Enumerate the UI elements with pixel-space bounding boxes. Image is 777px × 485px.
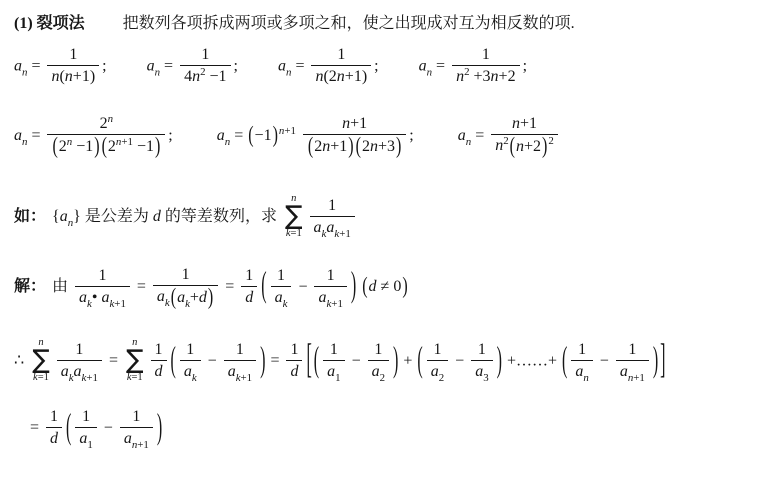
- denominator: (2n+1)(2n+3): [303, 135, 406, 156]
- numerator: 1: [120, 407, 153, 428]
- denominator: a1: [75, 428, 96, 448]
- math-variable: d: [199, 289, 207, 306]
- superscript: n+1: [279, 125, 296, 137]
- math-variable: k: [127, 372, 132, 383]
- denominator: an+1: [120, 428, 153, 448]
- numerator: 1: [452, 45, 520, 66]
- numerator: 1: [310, 196, 355, 217]
- math-variable: n: [192, 68, 200, 85]
- open-delimiter: (: [362, 274, 367, 300]
- denominator: ak(ak+d): [153, 286, 218, 307]
- subscript: n: [225, 136, 230, 148]
- summation: n∑k=1: [285, 193, 303, 241]
- fraction: 1ak: [271, 266, 292, 307]
- math-variable: k: [236, 372, 241, 384]
- heading-number-title: (1) 裂项法: [14, 15, 85, 32]
- math-variable: k: [82, 372, 87, 384]
- subscript: n+1: [628, 372, 645, 384]
- paren-group: (1a1 − 1an+1): [65, 408, 163, 449]
- math-variable: n: [155, 66, 160, 78]
- math-variable: a: [184, 363, 192, 380]
- denominator: akak+1: [57, 361, 102, 381]
- fraction: 1n(n+1): [47, 45, 99, 86]
- fraction: 1d: [151, 340, 167, 381]
- denominator: n2 +3n+2: [452, 66, 520, 86]
- math-variable: n: [315, 68, 323, 85]
- math-variable: n: [65, 68, 73, 85]
- fraction: 1akak+1: [57, 340, 102, 381]
- group-content: 1a1 − 1an+1: [72, 408, 155, 449]
- math-variable: k: [283, 298, 288, 310]
- numerator: 1: [180, 340, 201, 361]
- fraction: 1a2: [368, 340, 389, 381]
- numerator: 1: [571, 340, 592, 361]
- paren-group: (2n+3): [355, 137, 403, 157]
- paren-group: (1ak − 1ak+1): [170, 341, 267, 382]
- denominator: a1: [323, 361, 344, 381]
- math-variable: k: [33, 372, 38, 383]
- denominator: d: [286, 361, 302, 381]
- math-variable: n: [132, 439, 137, 451]
- close-delimiter: ): [348, 133, 353, 161]
- numerator: 1: [427, 340, 448, 361]
- fraction: 1a2: [427, 340, 448, 381]
- solution-label: 解：: [14, 278, 46, 295]
- denominator: ak+1: [314, 287, 346, 307]
- paren-group: (1a2 − 1a3): [416, 341, 503, 382]
- math-variable: a: [61, 363, 69, 380]
- fraction: 1a3: [471, 340, 492, 381]
- subscript: n: [68, 217, 73, 229]
- subscript: n: [286, 66, 291, 78]
- group-content: 2n+1: [314, 137, 347, 156]
- fraction: 1d: [286, 340, 302, 381]
- math-variable: k: [326, 298, 331, 310]
- denominator: n2(n+2)2: [491, 135, 558, 156]
- open-delimiter: (: [562, 342, 567, 383]
- subscript: k: [87, 298, 92, 310]
- group-content: 2n+1 −1: [108, 137, 154, 156]
- fraction: 1ak+1: [224, 340, 256, 381]
- superscript: n: [67, 136, 72, 148]
- math-variable: n: [22, 66, 27, 78]
- math-variable: n: [583, 372, 588, 384]
- denominator: ak: [180, 361, 201, 381]
- formula-n2-plus-3n-plus-2: an = 1n2 +3n+2;: [419, 46, 527, 87]
- group-content: 1a2 − 1a3: [424, 341, 496, 382]
- close-delimiter: ): [208, 284, 213, 312]
- subscript: n+1: [132, 439, 149, 451]
- fraction: 1d: [46, 407, 62, 448]
- math-notes-page: (1) 裂项法把数列各项拆成两项或多项之和，使之出现成对互为相反数的项. an …: [0, 0, 777, 485]
- subscript: k+1: [109, 298, 125, 310]
- sigma-symbol: ∑: [285, 205, 303, 228]
- heading-description: 把数列各项拆成两项或多项之和，使之出现成对互为相反数的项.: [123, 15, 575, 32]
- open-delimiter: (: [356, 133, 361, 161]
- denominator: ak: [271, 287, 292, 307]
- group-content: (1a1 − 1a2) + (1a2 − 1a3) +……+ (1an − 1a…: [313, 341, 659, 382]
- solution-step-2: ∴ n∑k=11akak+1 = n∑k=11d(1ak − 1ak+1) = …: [14, 352, 666, 369]
- math-variable: k: [185, 298, 190, 310]
- example-statement: {an} 是公差为 d 的等差数列，求 n∑k=11akak+1: [52, 208, 358, 225]
- fraction: 1an: [571, 340, 592, 381]
- subscript: 2: [380, 372, 385, 384]
- fraction: 1ak+1: [314, 266, 346, 307]
- fraction: 1a1: [323, 340, 344, 381]
- fraction: 1ak: [180, 340, 201, 381]
- group-content: 1ak − 1ak+1: [177, 341, 259, 382]
- math-variable: n: [225, 136, 230, 148]
- formula-2n-over-geometric: an = 2n(2n −1)(2n+1 −1);: [14, 115, 173, 157]
- math-variable: k: [192, 372, 197, 384]
- example-label: 如：: [14, 208, 46, 225]
- math-variable: d: [153, 208, 161, 225]
- math-variable: a: [431, 363, 439, 380]
- math-variable: n: [427, 66, 432, 78]
- sigma-symbol: ∑: [126, 349, 144, 372]
- math-variable: d: [245, 289, 253, 306]
- sigma-symbol: ∑: [32, 349, 50, 372]
- subscript: k+1: [236, 372, 252, 384]
- paren-group: (1a1 − 1a2): [313, 341, 400, 382]
- group-content: 1ak − 1ak+1: [268, 267, 350, 308]
- open-delimiter: [: [306, 339, 311, 385]
- subscript: n: [22, 66, 27, 78]
- sum-lower-limit: k=1: [127, 372, 143, 384]
- math-variable: n: [279, 125, 284, 137]
- subscript: 3: [483, 372, 488, 384]
- denominator: ak• ak+1: [75, 287, 130, 307]
- numerator: n+1: [491, 114, 558, 135]
- formula-1-n-times-n-plus-1: an = 1n(n+1);: [14, 46, 107, 87]
- numerator: 1: [46, 407, 62, 428]
- math-variable: a: [278, 57, 286, 74]
- math-variable: d: [369, 278, 377, 295]
- open-delimiter: (: [66, 408, 71, 449]
- superscript: 2: [548, 135, 553, 147]
- math-variable: k: [286, 228, 291, 239]
- heading-line: (1) 裂项法把数列各项拆成两项或多项之和，使之出现成对互为相反数的项.: [14, 10, 575, 33]
- math-variable: n: [22, 136, 27, 148]
- math-variable: n: [68, 217, 73, 229]
- bracket-group: [(1a1 − 1a2) + (1a2 − 1a3) +……+ (1an − 1…: [305, 341, 666, 382]
- numerator: 1: [271, 266, 292, 287]
- numerator: 1: [47, 45, 99, 66]
- math-variable: n: [516, 138, 524, 155]
- paren-group: (−1): [247, 127, 279, 145]
- close-delimiter: ): [393, 342, 398, 383]
- math-variable: d: [50, 430, 58, 447]
- math-variable: a: [14, 127, 22, 144]
- math-variable: n: [491, 68, 499, 85]
- math-variable: a: [458, 127, 466, 144]
- close-delimiter: ): [273, 123, 278, 149]
- math-variable: n: [337, 68, 345, 85]
- denominator: d: [46, 428, 62, 448]
- sum-lower-limit: k=1: [33, 372, 49, 384]
- fraction: 1d: [241, 266, 257, 307]
- math-variable: n: [466, 136, 471, 148]
- close-delimiter: ]: [660, 339, 665, 385]
- formula-row-1: an = 1n(n+1);an = 14n2 −1;an = 1n(2n+1);…: [14, 46, 567, 87]
- denominator: ak+1: [224, 361, 256, 381]
- fraction: n+1(2n+1)(2n+3): [303, 114, 406, 156]
- subscript: k+1: [334, 228, 350, 240]
- math-variable: a: [147, 57, 155, 74]
- solution-line-3: = 1d(1a1 − 1an+1): [30, 408, 163, 449]
- subscript: k: [192, 372, 197, 384]
- group-content: ak+d: [177, 288, 207, 307]
- math-variable: n: [456, 68, 464, 85]
- numerator: 1: [616, 340, 649, 361]
- math-variable: k: [87, 298, 92, 310]
- paren-group: (d ≠ 0): [361, 278, 408, 296]
- sum-lower-limit: k=1: [286, 228, 302, 240]
- math-variable: a: [74, 363, 82, 380]
- solution-line-1: 解：由 1ak• ak+1 = 1ak(ak+d) = 1d(1ak − 1ak…: [14, 266, 409, 308]
- math-variable: a: [217, 127, 225, 144]
- math-variable: n: [342, 115, 350, 132]
- math-variable: d: [290, 363, 298, 380]
- close-delimiter: ): [351, 267, 356, 308]
- math-variable: n: [322, 138, 330, 155]
- math-variable: n: [370, 138, 378, 155]
- subscript: k+1: [82, 372, 98, 384]
- solution-step-3: = 1d(1a1 − 1an+1): [30, 419, 163, 436]
- superscript: n+1: [116, 136, 133, 148]
- denominator: n(n+1): [47, 66, 99, 86]
- math-variable: a: [620, 363, 628, 380]
- subscript: n: [583, 372, 588, 384]
- paren-group: (1ak − 1ak+1): [260, 267, 357, 308]
- denominator: akak+1: [310, 217, 355, 237]
- math-variable: k: [334, 228, 339, 240]
- subscript: k: [185, 298, 190, 310]
- numerator: 1: [471, 340, 492, 361]
- superscript: 2: [200, 66, 205, 78]
- subscript: 1: [87, 439, 92, 451]
- formula-4n-squared-minus-1: an = 14n2 −1;: [147, 46, 238, 87]
- superscript: 2: [464, 66, 469, 78]
- numerator: 1: [151, 340, 167, 361]
- denominator: a2: [427, 361, 448, 381]
- fraction: 1a1: [75, 407, 96, 448]
- denominator: (2n −1)(2n+1 −1): [47, 135, 165, 156]
- summation: n∑k=1: [32, 337, 50, 385]
- fraction: 1an+1: [616, 340, 649, 381]
- subscript: 1: [335, 372, 340, 384]
- subscript: n: [22, 136, 27, 148]
- math-variable: n: [116, 136, 121, 148]
- formula-n-times-2n-plus-1: an = 1n(2n+1);: [278, 46, 379, 87]
- paren-group: (n+2): [509, 137, 549, 157]
- numerator: 1: [286, 340, 302, 361]
- denominator: an: [571, 361, 592, 381]
- group-content: 1a1 − 1a2: [320, 341, 392, 382]
- numerator: 1: [57, 340, 102, 361]
- paren-group: (2n+1): [307, 137, 355, 157]
- open-delimiter: (: [102, 133, 107, 161]
- math-variable: n: [51, 68, 59, 85]
- fraction: 1n2 +3n+2: [452, 45, 520, 86]
- math-variable: a: [314, 219, 322, 236]
- numerator: n+1: [303, 114, 406, 135]
- denominator: an+1: [616, 361, 649, 381]
- numerator: 1: [180, 45, 230, 66]
- open-delimiter: (: [171, 284, 176, 312]
- math-variable: n: [108, 113, 113, 125]
- subscript: k: [283, 298, 288, 310]
- close-delimiter: ): [653, 342, 658, 383]
- denominator: d: [151, 361, 167, 381]
- math-variable: a: [124, 430, 132, 447]
- group-content: 1an − 1an+1: [568, 341, 651, 382]
- math-variable: a: [60, 208, 68, 225]
- math-variable: n: [628, 372, 633, 384]
- math-variable: a: [475, 363, 483, 380]
- paren-group: (ak+d): [170, 288, 215, 308]
- close-delimiter: ): [542, 133, 547, 161]
- paren-group: (2n −1): [51, 137, 100, 157]
- math-variable: a: [157, 288, 165, 305]
- open-delimiter: (: [171, 342, 176, 383]
- example-line: 如：{an} 是公差为 d 的等差数列，求 n∑k=11akak+1: [14, 194, 358, 242]
- close-delimiter: ): [497, 342, 502, 383]
- close-delimiter: ): [94, 133, 99, 161]
- numerator: 1: [314, 266, 346, 287]
- group-content: n+2: [516, 137, 541, 156]
- group-content: 2n −1: [59, 137, 93, 156]
- fraction: 2n(2n −1)(2n+1 −1): [47, 114, 165, 156]
- fraction: n+1n2(n+2)2: [491, 114, 558, 156]
- fraction: 1ak• ak+1: [75, 266, 130, 307]
- numerator: 1: [323, 340, 344, 361]
- summation: n∑k=1: [126, 337, 144, 385]
- subscript: 2: [439, 372, 444, 384]
- subscript: n: [155, 66, 160, 78]
- denominator: d: [241, 287, 257, 307]
- open-delimiter: (: [52, 133, 57, 161]
- fraction: 1n(2n+1): [311, 45, 371, 86]
- numerator: 1: [368, 340, 389, 361]
- open-delimiter: (: [314, 342, 319, 383]
- close-delimiter: ): [260, 342, 265, 383]
- math-variable: n: [512, 115, 520, 132]
- fraction: 1an+1: [120, 407, 153, 448]
- numerator: 1: [224, 340, 256, 361]
- denominator: n(2n+1): [311, 66, 371, 86]
- numerator: 1: [241, 266, 257, 287]
- math-variable: a: [419, 57, 427, 74]
- group-content: 2n+3: [362, 137, 395, 156]
- denominator: a2: [368, 361, 389, 381]
- solution-line-2: ∴ n∑k=11akak+1 = n∑k=11d(1ak − 1ak+1) = …: [14, 338, 666, 386]
- open-delimiter: (: [308, 133, 313, 161]
- math-variable: a: [14, 57, 22, 74]
- math-variable: a: [372, 363, 380, 380]
- formula-n-plus-1-over-n2-n-plus-2-sq: an = n+1n2(n+2)2: [458, 115, 561, 157]
- math-variable: n: [286, 66, 291, 78]
- close-delimiter: ): [155, 133, 160, 161]
- open-delimiter: (: [261, 267, 266, 308]
- denominator: a3: [471, 361, 492, 381]
- close-delimiter: ): [157, 408, 162, 449]
- open-delimiter: (: [510, 133, 515, 161]
- open-delimiter: (: [248, 123, 253, 149]
- paren-group: (2n+1 −1): [101, 137, 162, 157]
- fraction: 1ak(ak+d): [153, 265, 218, 307]
- close-delimiter: ): [402, 274, 407, 300]
- math-variable: k: [109, 298, 114, 310]
- formula-row-2: an = 2n(2n −1)(2n+1 −1);an = (−1)n+1 n+1…: [14, 115, 605, 157]
- formula-alternating: an = (−1)n+1 n+1(2n+1)(2n+3);: [217, 115, 414, 157]
- math-variable: d: [155, 363, 163, 380]
- numerator: 1: [75, 266, 130, 287]
- group-content: −1: [255, 127, 272, 145]
- close-delimiter: ): [396, 133, 401, 161]
- fraction: 14n2 −1: [180, 45, 230, 86]
- math-variable: a: [79, 289, 87, 306]
- superscript: n: [108, 113, 113, 125]
- paren-group: (1an − 1an+1): [561, 341, 659, 382]
- math-variable: a: [275, 289, 283, 306]
- open-delimiter: (: [417, 342, 422, 383]
- math-variable: a: [177, 289, 185, 306]
- subscript: n: [466, 136, 471, 148]
- math-variable: a: [327, 363, 335, 380]
- subscript: k+1: [326, 298, 342, 310]
- fraction: 1akak+1: [310, 196, 355, 237]
- group-content: d ≠ 0: [369, 278, 402, 296]
- numerator: 1: [75, 407, 96, 428]
- math-variable: a: [228, 363, 236, 380]
- solution-step-1: 由 1ak• ak+1 = 1ak(ak+d) = 1d(1ak − 1ak+1…: [52, 278, 409, 295]
- numerator: 1: [311, 45, 371, 66]
- math-variable: n: [67, 136, 72, 148]
- denominator: 4n2 −1: [180, 66, 230, 86]
- subscript: n: [427, 66, 432, 78]
